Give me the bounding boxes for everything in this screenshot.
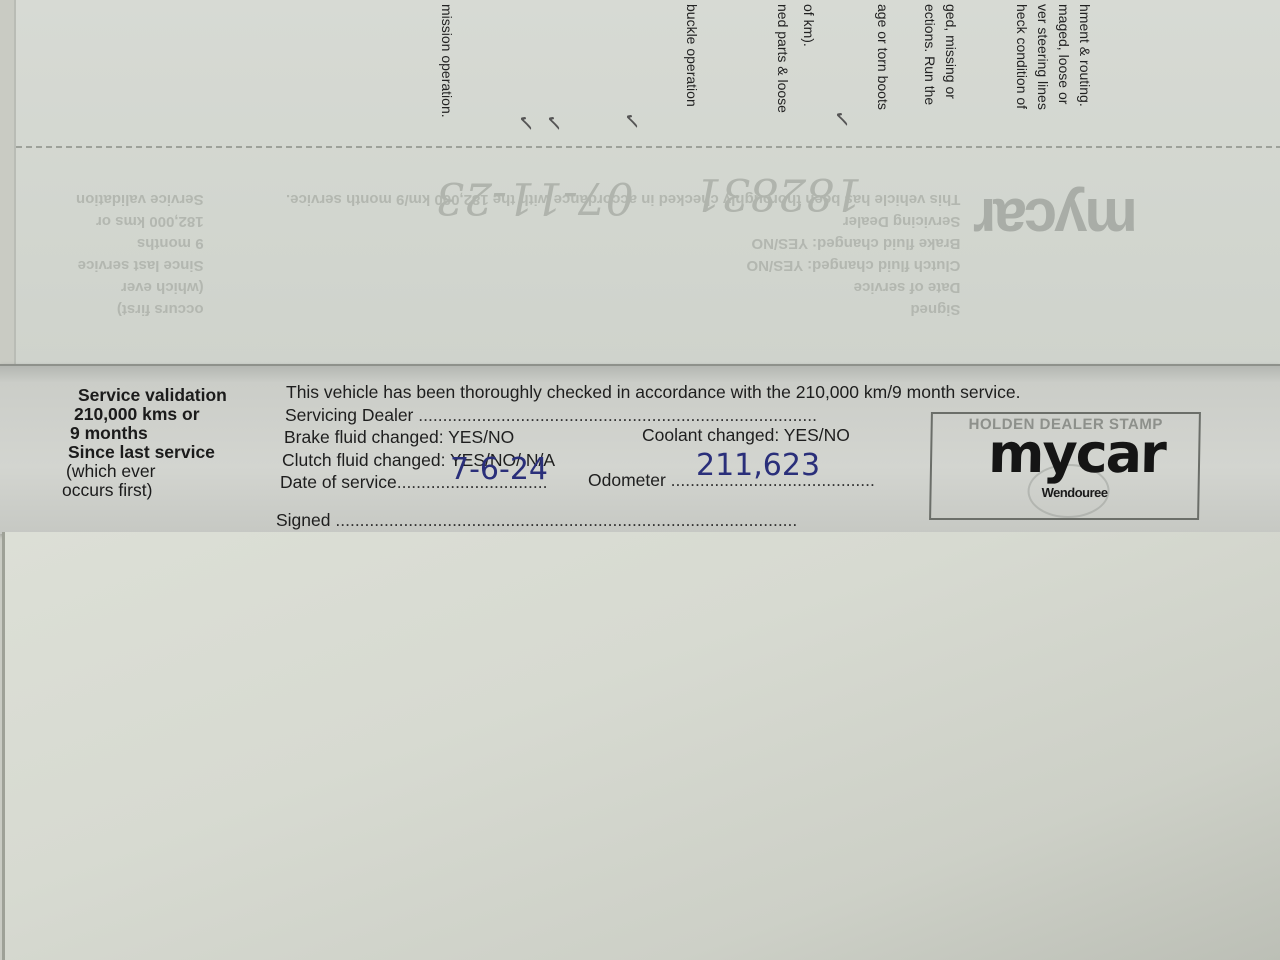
servicing-dealer-field[interactable]: Servicing Dealer .......................… <box>285 405 817 426</box>
rotated-text-line: ned parts & loose <box>772 4 793 113</box>
rotated-text-line: ections. Run the <box>919 4 940 105</box>
dealer-stamp-location: Wendouree <box>1041 485 1107 500</box>
tick-mark-icon: ✓ <box>539 112 568 135</box>
signed-field[interactable]: Signed .................................… <box>276 510 797 531</box>
whichever-line: (which ever <box>58 462 268 481</box>
rotated-text-line: buckle operation <box>681 4 702 107</box>
title-line: Service validation <box>58 386 268 405</box>
since-last-service: Since last service <box>58 443 268 462</box>
dealer-stamp-box: HOLDEN DEALER STAMP mycar Wendouree <box>929 412 1201 520</box>
rotated-text-line: maged, loose or <box>1053 4 1074 104</box>
perforation-line <box>16 146 1280 148</box>
service-interval-block: Service validation 210,000 kms or 9 mont… <box>58 386 268 500</box>
rotated-text-line: mission operation. <box>436 4 457 118</box>
servicing-dealer-label: Servicing Dealer <box>285 405 413 425</box>
interval-km: 210,000 kms or <box>58 405 268 424</box>
odometer-value: 211,623 <box>696 448 820 483</box>
date-of-service-label: Date of service <box>280 472 397 492</box>
signed-label: Signed <box>276 510 331 530</box>
brake-fluid-field[interactable]: Brake fluid changed: YES/NO <box>284 427 514 448</box>
interval-months: 9 months <box>58 424 268 443</box>
previous-page: hment & routing. maged, loose or ver ste… <box>14 0 1280 366</box>
tick-mark-icon: ✓ <box>511 112 540 135</box>
bleed-through-odometer: 182831 <box>694 168 862 219</box>
service-statement: This vehicle has been thoroughly checked… <box>286 382 1020 403</box>
rotated-text-line: ged, missing or <box>940 4 961 99</box>
rotated-text-line: hment & routing. <box>1074 4 1095 107</box>
rotated-text-line: ver steering lines <box>1032 4 1053 110</box>
coolant-field[interactable]: Coolant changed: YES/NO <box>642 425 850 446</box>
bleed-through-left-block: occurs first) (which ever Since last ser… <box>76 188 204 320</box>
rotated-text-line: age or torn boots <box>872 4 893 110</box>
occurs-first-line: occurs first) <box>58 481 268 500</box>
tick-mark-icon: ✓ <box>827 108 856 131</box>
rotated-text-line: heck condition of <box>1011 4 1032 109</box>
bleed-through-date: 07-11-23 <box>436 172 634 223</box>
bleed-through-stamp: mycar <box>976 185 1138 254</box>
rotated-text-line: of km). <box>798 4 819 47</box>
dotted-line: ........................................… <box>335 510 797 530</box>
dotted-line: ........................................… <box>418 405 817 425</box>
dealer-stamp-logo: mycar <box>988 422 1166 485</box>
blank-page <box>2 532 1280 960</box>
odometer-label: Odometer <box>588 470 666 490</box>
tick-mark-icon: ✓ <box>617 110 646 133</box>
date-of-service-value: 7-6-24 <box>450 452 548 487</box>
